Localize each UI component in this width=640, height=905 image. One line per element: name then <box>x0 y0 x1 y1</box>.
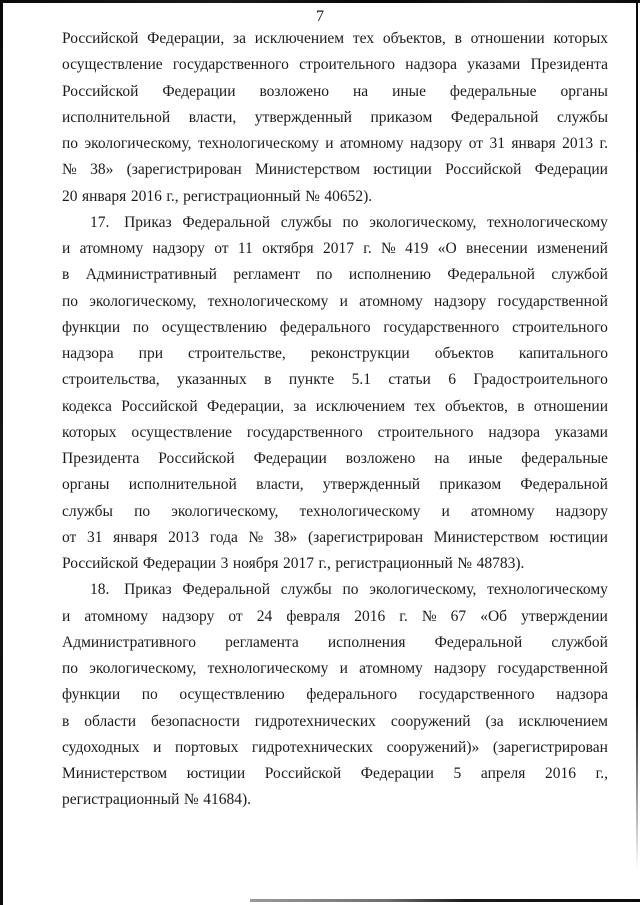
text-line: поэкологическому,технологическомуиатомно… <box>62 660 608 686</box>
text-line: от31января2013года№38»(зарегистрированМи… <box>62 529 608 555</box>
text-line: которыхосуществлениегосударственногостро… <box>62 424 608 450</box>
scan-border-top <box>0 0 640 3</box>
text-line: иатомномунадзоруот11октября2017г.№419«Ов… <box>62 240 608 266</box>
scan-border-bottom <box>250 899 640 902</box>
text-line: поэкологическому,технологическомуиатомно… <box>62 293 608 319</box>
text-line: №38»(зарегистрированМинистерствомюстиции… <box>62 161 608 187</box>
text-line: РоссийскойФедерации3ноября2017г.,регистр… <box>62 555 608 581</box>
scan-border-left <box>0 0 3 905</box>
text-line: регистрационный№41684). <box>62 791 608 817</box>
text-line: РоссийскойФедерации,заисключениемтехобъе… <box>62 30 608 56</box>
text-line: 20января2016г.,регистрационный№40652). <box>62 188 608 214</box>
text-line: АдминистративногорегламентаисполненияФед… <box>62 634 608 660</box>
text-line: осуществлениегосударственногостроительно… <box>62 56 608 82</box>
text-line: кодексаРоссийскойФедерации,заисключением… <box>62 398 608 424</box>
document-page: 7 РоссийскойФедерации,заисключениемтехоб… <box>0 0 640 905</box>
text-line: органыисполнительнойвласти,утвержденныйп… <box>62 476 608 502</box>
page-number: 7 <box>0 8 640 26</box>
text-line: функциипоосуществлениюфедеральногогосуда… <box>62 319 608 345</box>
text-line: ПрезидентаРоссийскойФедерациивозложенона… <box>62 450 608 476</box>
text-line: иатомномунадзоруот24февраля2016г.№67«Обу… <box>62 608 608 634</box>
text-line: судоходныхипортовыхгидротехническихсоору… <box>62 739 608 765</box>
text-line: службыпоэкологическому,технологическомуи… <box>62 503 608 529</box>
text-line: надзорапристроительстве,реконструкцииобъ… <box>62 345 608 371</box>
text-line: РоссийскойФедерациивозложенонаиныефедера… <box>62 83 608 109</box>
text-line: функциипоосуществлениюфедеральногогосуда… <box>62 686 608 712</box>
text-line: вАдминистративныйрегламентпоисполнениюФе… <box>62 266 608 292</box>
text-line: 18.ПриказФедеральнойслужбыпоэкологическо… <box>62 581 608 607</box>
text-line: строительства,указанныхвпункте5.1статьи6… <box>62 371 608 397</box>
document-text: РоссийскойФедерации,заисключениемтехобъе… <box>62 30 608 818</box>
text-line: 17.ПриказФедеральнойслужбыпоэкологическо… <box>62 214 608 240</box>
text-line: поэкологическому,технологическомуиатомно… <box>62 135 608 161</box>
text-line: исполнительнойвласти,утвержденныйприказо… <box>62 109 608 135</box>
text-line: МинистерствомюстицииРоссийскойФедерации5… <box>62 765 608 791</box>
text-line: вобластибезопасностигидротехническихсоор… <box>62 713 608 739</box>
scan-border-right <box>636 0 638 870</box>
